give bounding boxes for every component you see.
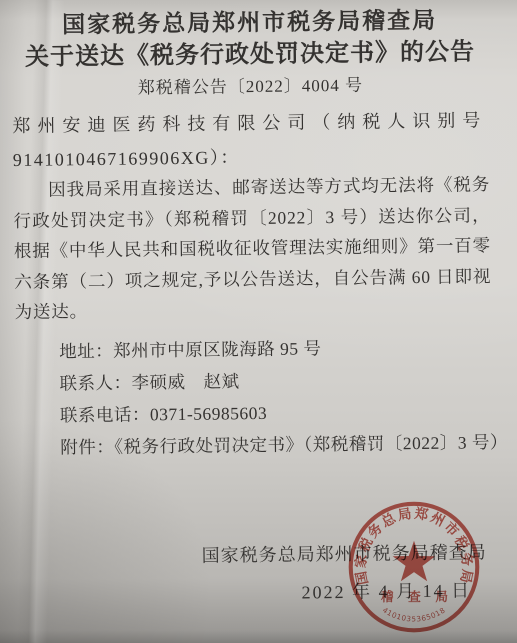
contact-person-value: 李硕威 赵斌 — [131, 371, 239, 392]
issuing-authority-signature: 国家税务总局郑州市税务局稽查局 — [18, 540, 495, 570]
contact-block: 地址：郑州市中原区陇海路 95 号 联系人：李硕威 赵斌 联系电话：0371-5… — [15, 330, 494, 464]
attachment-label: 附件： — [60, 436, 114, 457]
recipient-taxpayer-id: 9141010467169906XG）： — [13, 141, 490, 173]
announcement-document: 国家税务总局郑州市税务局稽查局 关于送达《税务行政处罚决定书》的公告 郑税稽公告… — [0, 0, 517, 643]
contact-person-label: 联系人： — [59, 372, 131, 393]
document-title-line1: 国家税务总局郑州市税务局稽查局 — [11, 5, 488, 41]
address-value: 郑州市中原区陇海路 95 号 — [113, 338, 321, 361]
issue-date: 2022 年 4 月 14 日 — [18, 578, 495, 608]
document-photo: 国家税务总局郑州市税务局稽查局 关于送达《税务行政处罚决定书》的公告 郑税稽公告… — [0, 0, 517, 643]
contact-person-line: 联系人：李硕威 赵斌 — [59, 362, 492, 399]
phone-label: 联系电话： — [60, 404, 150, 425]
address-line: 地址：郑州市中原区陇海路 95 号 — [59, 330, 492, 367]
attachment-line: 附件：《税务行政处罚决定书》（郑税稽罚〔2022〕3 号） — [60, 426, 493, 463]
body-paragraph: 因我局采用直接送达、邮寄送达等方式均无法将《税务行政处罚决定书》（郑税稽罚〔20… — [13, 169, 492, 327]
recipient-name: 郑州安迪医药科技有限公司（纳税人识别号 — [12, 107, 489, 139]
phone-value: 0371-56985603 — [150, 402, 268, 423]
address-label: 地址： — [59, 340, 113, 361]
document-number: 郑税稽公告〔2022〕4004 号 — [12, 73, 489, 101]
attachment-value: 《税务行政处罚决定书》（郑税稽罚〔2022〕3 号） — [114, 431, 508, 456]
document-title-line2: 关于送达《税务行政处罚决定书》的公告 — [11, 37, 488, 73]
phone-line: 联系电话：0371-56985603 — [60, 394, 493, 431]
